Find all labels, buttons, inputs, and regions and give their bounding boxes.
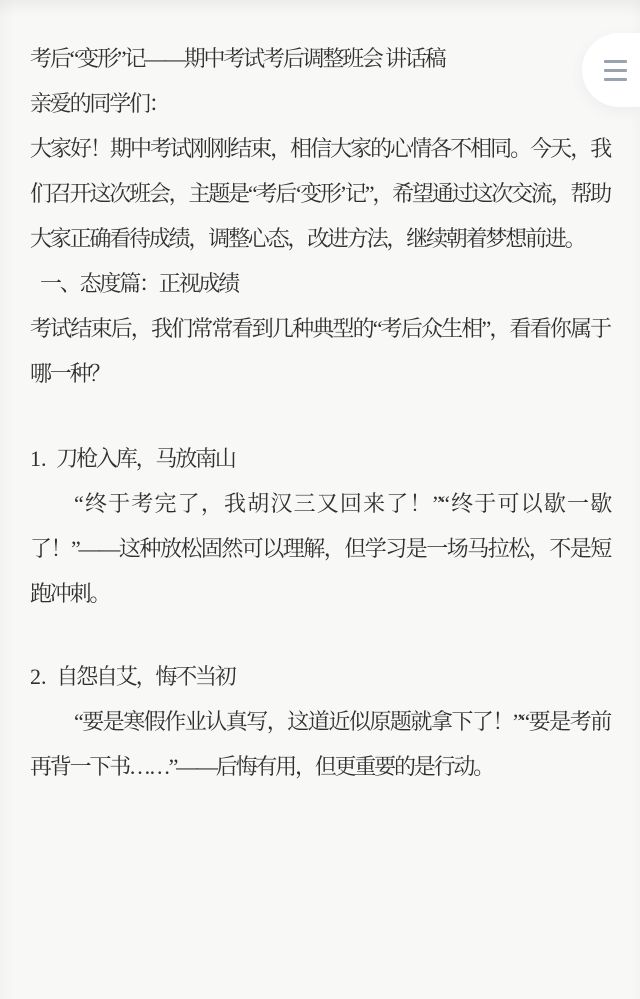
item-title-text: 刀枪入库，马放南山 xyxy=(56,446,234,471)
document-page: { "colors": { "page_background": "#f8f8f… xyxy=(0,0,640,999)
document-title: 考后“变形”记——期中考试考后调整班会 讲话稿 xyxy=(30,36,610,81)
intro-paragraph: 大家好！期中考试刚刚结束，相信大家的心情各不相同。今天，我们召开这次班会，主题是… xyxy=(30,126,610,261)
item-title: 2.自怨自艾，悔不当初 xyxy=(30,654,610,699)
hamburger-line xyxy=(604,60,627,63)
document-body: 考后“变形”记——期中考试考后调整班会 讲话稿 亲爱的同学们： 大家好！期中考试… xyxy=(0,0,640,789)
list-item: 2.自怨自艾，悔不当初 “要是寒假作业认真写，这道近似原题就拿下了！”“要是考前… xyxy=(30,654,610,789)
salutation: 亲爱的同学们： xyxy=(30,81,610,126)
item-title: 1.刀枪入库，马放南山 xyxy=(30,436,610,481)
item-body: “终于考完了，我胡汉三又回来了！”“终于可以歇一歇了！”——这种放松固然可以理解… xyxy=(30,481,610,616)
item-number: 1. xyxy=(30,446,47,471)
hamburger-line xyxy=(604,78,627,81)
section-heading: 一、态度篇：正视成绩 xyxy=(30,261,610,306)
section-intro-paragraph: 考试结束后，我们常常看到几种典型的“考后众生相”，看看你属于哪一种？ xyxy=(30,306,610,396)
item-number: 2. xyxy=(30,664,47,689)
item-body: “要是寒假作业认真写，这道近似原题就拿下了！”“要是考前再背一下书……”——后悔… xyxy=(30,699,610,789)
item-title-text: 自怨自艾，悔不当初 xyxy=(56,664,234,689)
hamburger-line xyxy=(604,69,627,72)
hamburger-icon xyxy=(604,60,627,81)
list-item: 1.刀枪入库，马放南山 “终于考完了，我胡汉三又回来了！”“终于可以歇一歇了！”… xyxy=(30,436,610,616)
